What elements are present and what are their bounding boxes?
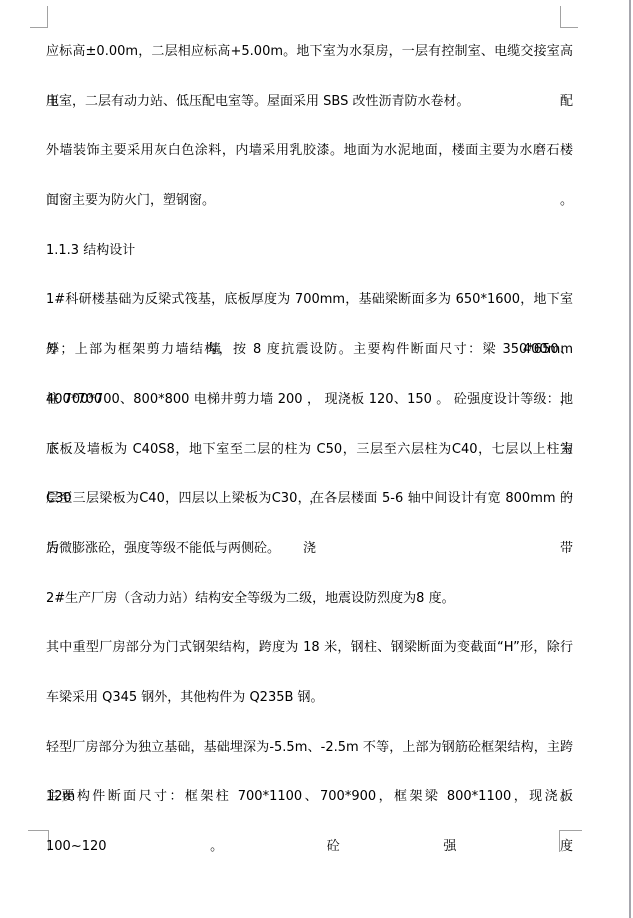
text-line: 轻型厂房部分为独立基础，基础埋深为-5.5m、-2.5m 不等，上部为钢筋砼框架… bbox=[46, 723, 573, 773]
text-line: 柱 700*700、800*800 电梯井剪力墙 200 ， 现浇板 120、1… bbox=[46, 375, 573, 425]
text-line: 主要构件断面尺寸：框架柱 700*1100、700*900，框架梁 800*11… bbox=[46, 772, 573, 822]
document-page: 应标高±0.00m，二层相应标高+5.00m。地下室为水泵房，一层有控制室、电缆… bbox=[0, 0, 633, 918]
text-line: 车梁采用 Q345 钢外，其他构件为 Q235B 钢。 bbox=[46, 673, 573, 723]
text-line: 底板及墙板为 C40S8，地下室至二层的柱为 C50，三层至六层柱为C40，七层… bbox=[46, 425, 573, 475]
document-body: 应标高±0.00m，二层相应标高+5.00m。地下室为水泵房，一层有控制室、电缆… bbox=[46, 27, 573, 822]
text-line: 2#生产厂房（含动力站）结构安全等级为二级，地震设防烈度为8 度。 bbox=[46, 574, 573, 624]
text-line: 层至三层梁板为C40，四层以上梁板为C30，在各层楼面 5-6 轴中间设计有宽 … bbox=[46, 474, 573, 524]
text-line: 其中重型厂房部分为门式钢架结构，跨度为 18 米，钢柱、钢梁断面为变截面“H”形… bbox=[46, 623, 573, 673]
text-line: 厚；上部为框架剪力墙结构，按 8 度抗震设防。主要构件断面尺寸：梁 350*65… bbox=[46, 325, 573, 375]
section-heading: 1.1.3 结构设计 bbox=[46, 226, 573, 276]
text-line: 1#科研楼基础为反梁式筏基，底板厚度为 700mm，基础梁断面多为 650*16… bbox=[46, 275, 573, 325]
page-edge-line bbox=[629, 0, 631, 918]
text-line: 外墙装饰主要采用灰白色涂料，内墙采用乳胶漆。地面为水泥地面，楼面主要为水磨石楼面… bbox=[46, 126, 573, 176]
crop-mark-top-right-icon bbox=[560, 6, 578, 28]
text-line: 应标高±0.00m，二层相应标高+5.00m。地下室为水泵房，一层有控制室、电缆… bbox=[46, 27, 573, 77]
crop-mark-top-left-icon bbox=[30, 6, 48, 28]
